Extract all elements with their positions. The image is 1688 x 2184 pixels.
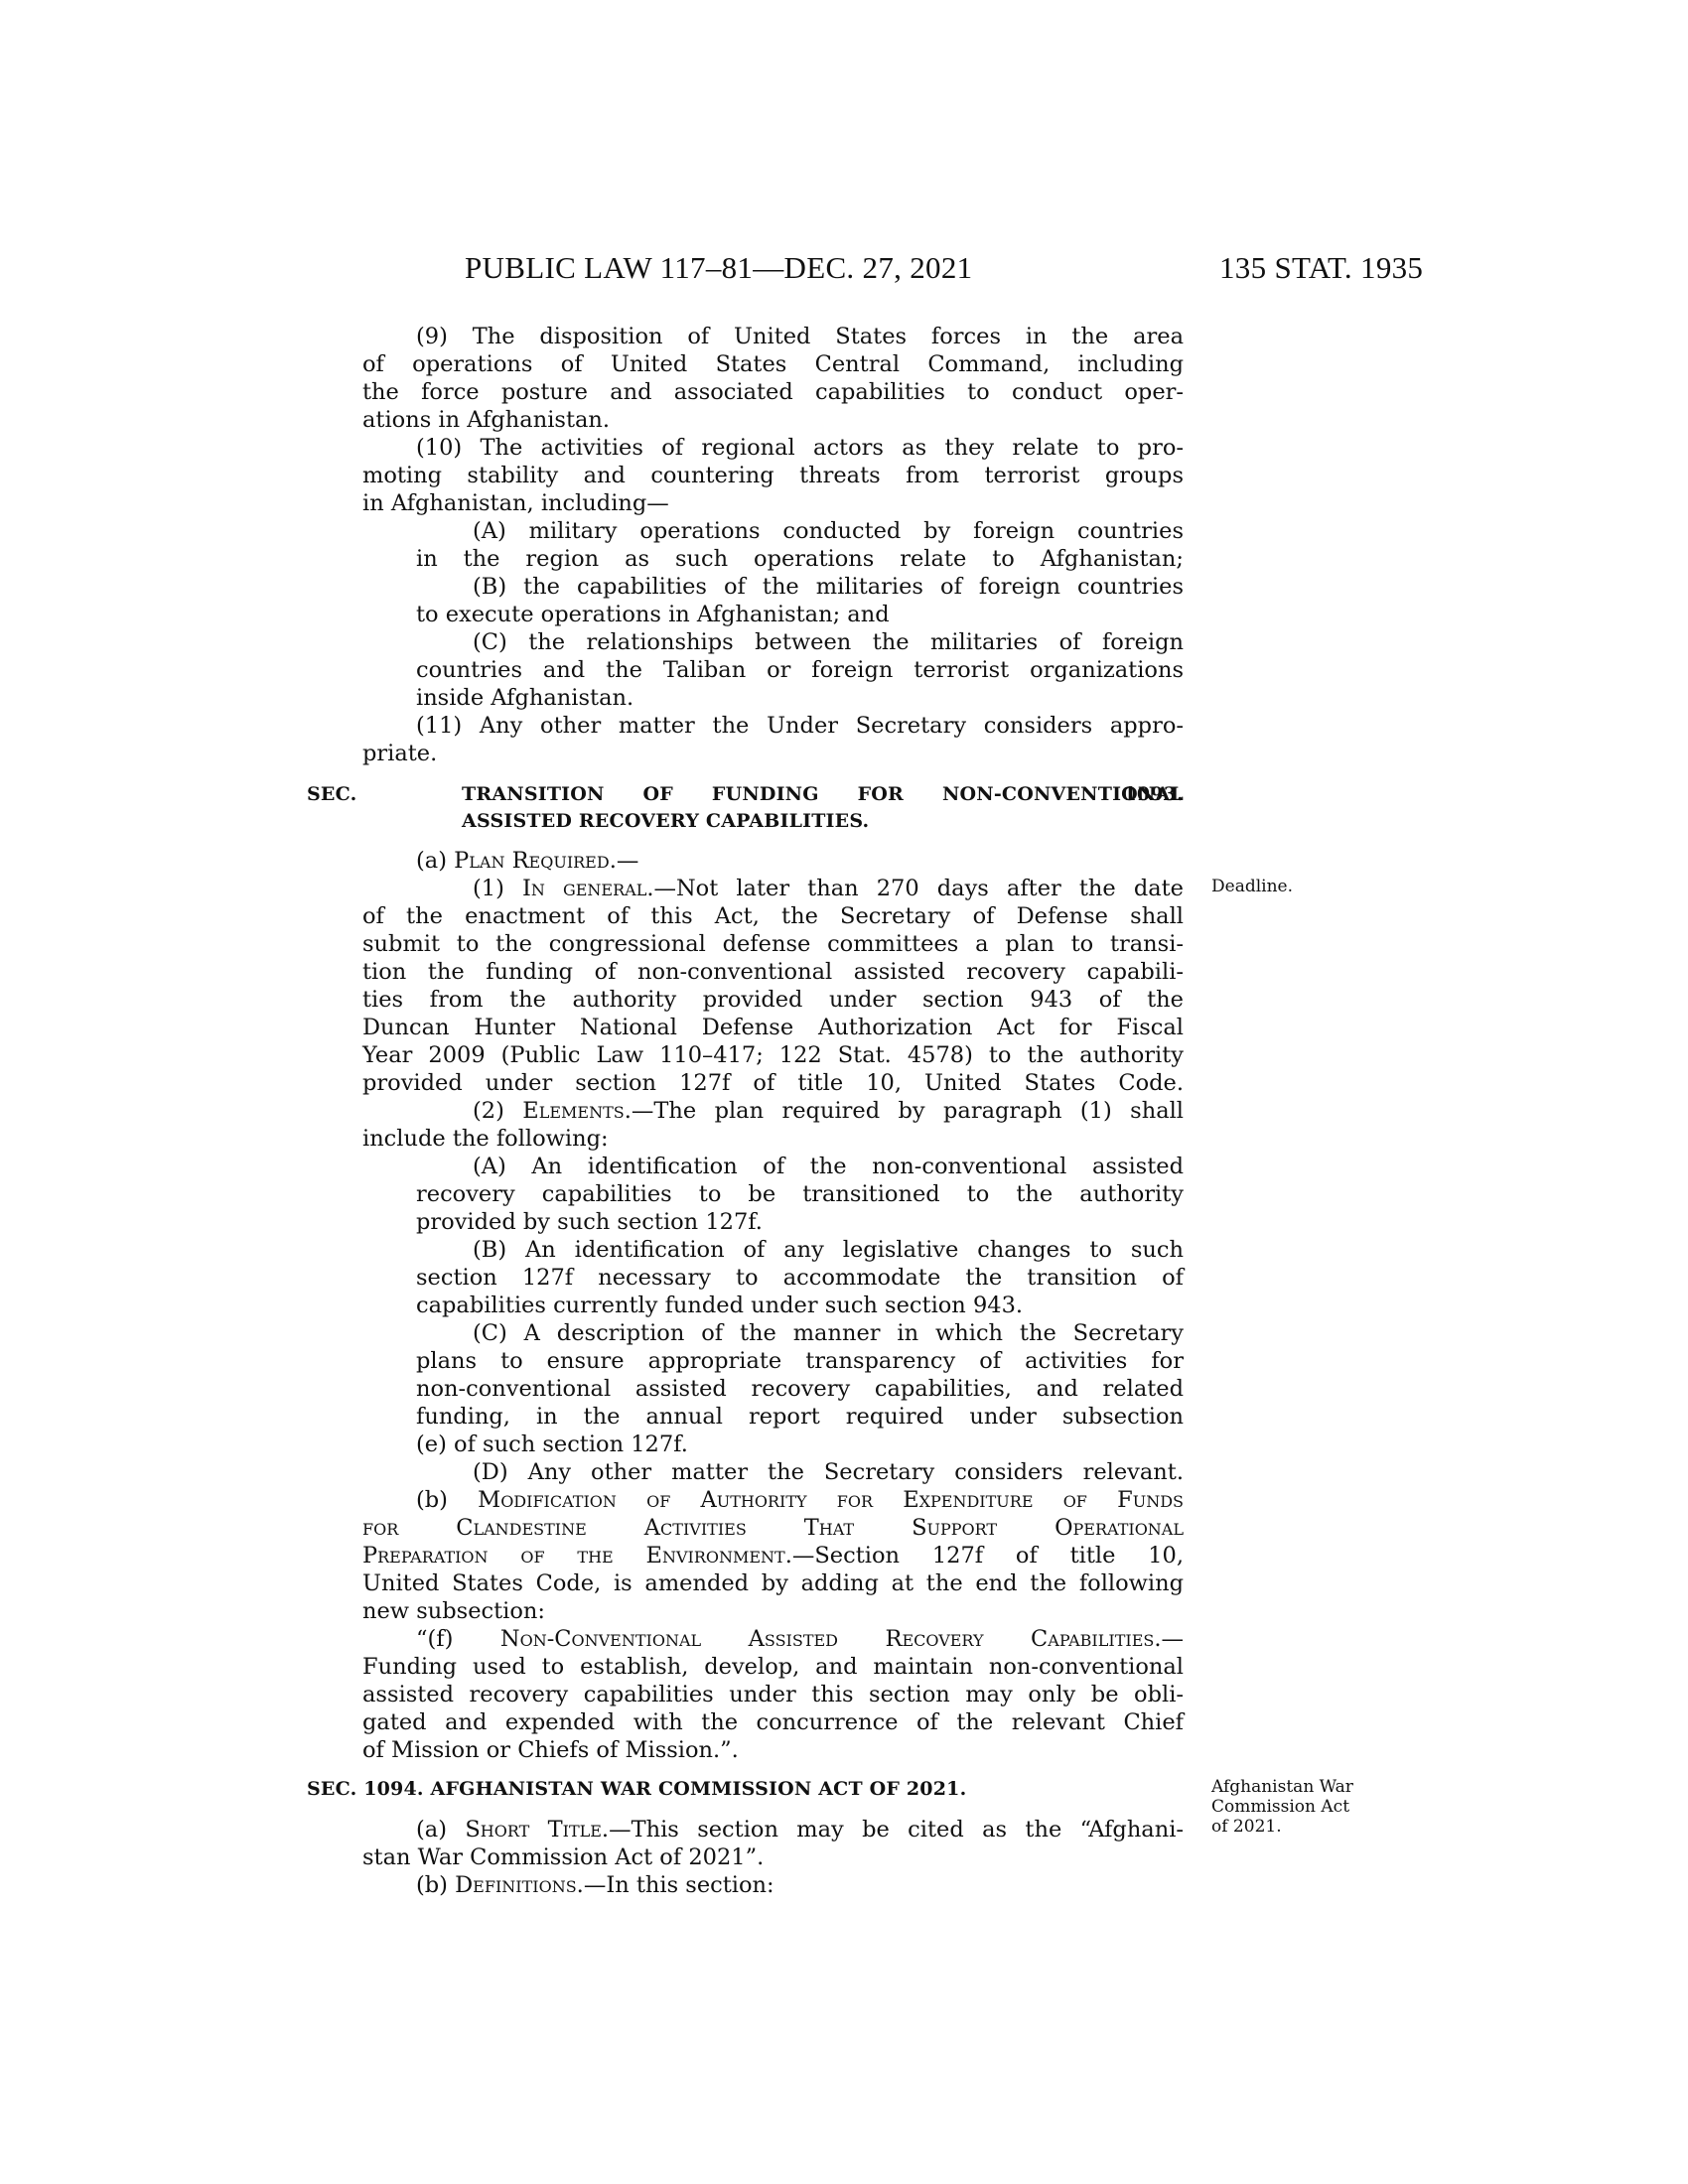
paragraph-designator: (a) [416,1817,465,1843]
text-line: capabilities currently funded under such… [416,1292,1184,1319]
line-text: priate. [362,741,437,766]
line-text: — [617,848,639,874]
text-line: in the region as such operations relate … [416,545,1184,573]
text-line: assisted recovery capabilities under thi… [362,1681,1184,1708]
line-text: section 127f necessary to accommodate th… [416,1265,1184,1291]
line-text: recovery capabilities to be transitioned… [416,1181,1184,1207]
line-text: funding, in the annual report required u… [416,1404,1184,1430]
line-text: —This section may be cited as the “Afgha… [609,1817,1184,1843]
text-line: (C) A description of the manner in which… [473,1319,1184,1347]
small-caps-heading: In general. [522,876,654,901]
line-text: (A) military operations conducted by for… [473,518,1184,544]
text-line: Preparation of the Environment.—Section … [362,1542,1184,1570]
text-line: the force posture and associated capabil… [362,378,1184,406]
line-text: — [1161,1626,1184,1652]
line-text: moting stability and countering threats … [362,463,1184,488]
line-text: (B) An identification of any legislative… [473,1237,1184,1263]
text-line: non-conventional assisted recovery capab… [416,1375,1184,1403]
text-line: (A) An identification of the non-convent… [473,1153,1184,1180]
line-text: (A) An identification of the non-convent… [473,1154,1184,1179]
line-text: plans to ensure appropriate transparency… [416,1348,1184,1374]
line-text: provided by such section 127f. [416,1209,763,1235]
line-text: countries and the Taliban or foreign ter… [416,657,1184,683]
text-line: provided by such section 127f. [416,1208,1184,1236]
line-text: of operations of United States Central C… [362,351,1184,377]
line-text: ties from the authority provided under s… [362,987,1184,1013]
section-1093-title-line-2: ASSISTED RECOVERY CAPABILITIES. [462,807,1184,835]
line-text: submit to the congressional defense comm… [362,931,1184,957]
text-line: stan War Commission Act of 2021”. [362,1843,1184,1871]
line-text: (C) the relationships between the milita… [473,629,1184,655]
paragraph-designator: (2) [473,1098,522,1124]
line-text: capabilities currently funded under such… [416,1293,1023,1318]
line-text: inside Afghanistan. [416,685,633,711]
small-caps-heading: Modification of Authority for Expenditur… [478,1487,1184,1513]
line-text: assisted recovery capabilities under thi… [362,1682,1184,1707]
line-text: ations in Afghanistan. [362,407,610,433]
text-line: (b) Modification of Authority for Expend… [416,1486,1184,1514]
text-line: countries and the Taliban or foreign ter… [416,656,1184,684]
text-line: in Afghanistan, including— [362,489,1184,517]
running-header-page-citation: 135 STAT. 1935 [1219,250,1423,286]
text-line: (2) Elements.—The plan required by parag… [473,1097,1184,1125]
text-line: include the following: [362,1125,1184,1153]
text-line: (B) the capabilities of the militaries o… [473,573,1184,601]
line-text: —Not later than 270 days after the date [653,876,1184,901]
line-text: Duncan Hunter National Defense Authoriza… [362,1015,1184,1040]
line-text: (e) of such section 127f. [416,1432,688,1457]
line-text: United States Code, is amended by adding… [362,1570,1184,1596]
statute-page: PUBLIC LAW 117–81—DEC. 27, 2021 135 STAT… [0,0,1688,2184]
paragraph-designator: “(f) [416,1626,500,1652]
text-line: (a) Plan Required.— [416,847,1184,875]
paragraph-designator: (b) [416,1872,455,1898]
text-line: ations in Afghanistan. [362,406,1184,434]
line-text: Year 2009 (Public Law 110–417; 122 Stat.… [362,1042,1184,1068]
line-text: of the enactment of this Act, the Secret… [362,903,1184,929]
line-text: new subsection: [362,1598,545,1624]
text-line: Year 2009 (Public Law 110–417; 122 Stat.… [362,1041,1184,1069]
text-line: of operations of United States Central C… [362,350,1184,378]
line-text: the force posture and associated capabil… [362,379,1184,405]
text-line: of the enactment of this Act, the Secret… [362,902,1184,930]
line-text: Funding used to establish, develop, and … [362,1654,1184,1680]
text-line: to execute operations in Afghanistan; an… [416,601,1184,628]
text-line: (B) An identification of any legislative… [473,1236,1184,1264]
text-line: (1) In general.—Not later than 270 days … [473,875,1184,902]
text-line: section 127f necessary to accommodate th… [416,1264,1184,1292]
running-header-title: PUBLIC LAW 117–81—DEC. 27, 2021 [465,250,972,286]
small-caps-heading: for Clandestine Activities That Support … [362,1515,1184,1541]
text-line: of Mission or Chiefs of Mission.”. [362,1736,1184,1764]
line-text: of Mission or Chiefs of Mission.”. [362,1737,739,1763]
text-line: (D) Any other matter the Secretary consi… [473,1458,1184,1486]
line-text: to execute operations in Afghanistan; an… [416,602,890,627]
text-line: Funding used to establish, develop, and … [362,1653,1184,1681]
small-caps-heading: Non-Conventional Assisted Recovery Capab… [500,1626,1162,1652]
paragraph-designator: (a) [416,848,454,874]
text-line: tion the funding of non-conventional ass… [362,958,1184,986]
text-line: “(f) Non-Conventional Assisted Recovery … [416,1625,1184,1653]
text-line: (11) Any other matter the Under Secretar… [416,712,1184,740]
text-line: plans to ensure appropriate transparency… [416,1347,1184,1375]
line-text: (11) Any other matter the Under Secretar… [416,713,1184,739]
line-text: —The plan required by paragraph (1) shal… [632,1098,1184,1124]
text-line: United States Code, is amended by adding… [362,1570,1184,1597]
text-line: provided under section 127f of title 10,… [362,1069,1184,1097]
text-line: recovery capabilities to be transitioned… [416,1180,1184,1208]
text-line: funding, in the annual report required u… [416,1403,1184,1431]
margin-note-line: of 2021. [1211,1817,1353,1837]
text-line: (b) Definitions.—In this section: [416,1871,1184,1899]
margin-note-deadline: Deadline. [1211,877,1293,896]
text-line: (A) military operations conducted by for… [473,517,1184,545]
text-line: moting stability and countering threats … [362,462,1184,489]
paragraph-designator: (1) [473,876,522,901]
small-caps-heading: Elements. [522,1098,632,1124]
section-1093-title-line-1: TRANSITION OF FUNDING FOR NON-CONVENTION… [462,780,1184,808]
text-line: gated and expended with the concurrence … [362,1708,1184,1736]
text-line: for Clandestine Activities That Support … [362,1514,1184,1542]
line-text: include the following: [362,1126,609,1152]
text-line: Duncan Hunter National Defense Authoriza… [362,1014,1184,1041]
margin-note-afghanistan-war-commission-act: Afghanistan War Commission Act of 2021. [1211,1777,1353,1837]
line-text: in Afghanistan, including— [362,490,669,516]
line-text: gated and expended with the concurrence … [362,1709,1184,1735]
line-text: non-conventional assisted recovery capab… [416,1376,1184,1402]
small-caps-heading: Plan Required. [454,848,617,874]
margin-note-line: Afghanistan War [1211,1777,1353,1797]
small-caps-heading: Preparation of the Environment. [362,1543,792,1569]
line-text: (9) The disposition of United States for… [416,324,1184,349]
text-line: new subsection: [362,1597,1184,1625]
margin-note-line: Commission Act [1211,1797,1353,1817]
paragraph-designator: (b) [416,1487,478,1513]
line-text: —In this section: [584,1872,774,1898]
line-text: (D) Any other matter the Secretary consi… [473,1459,1184,1485]
text-line: (10) The activities of regional actors a… [416,434,1184,462]
text-line: (C) the relationships between the milita… [473,628,1184,656]
text-line: inside Afghanistan. [416,684,1184,712]
text-line: ties from the authority provided under s… [362,986,1184,1014]
text-line: (9) The disposition of United States for… [416,323,1184,350]
line-text: stan War Commission Act of 2021”. [362,1844,764,1870]
line-text: provided under section 127f of title 10,… [362,1070,1184,1096]
line-text: (C) A description of the manner in which… [473,1320,1184,1346]
line-text: (10) The activities of regional actors a… [416,435,1184,461]
small-caps-heading: Definitions. [455,1872,584,1898]
line-text: in the region as such operations relate … [416,546,1184,572]
section-1094-heading: SEC. 1094. AFGHANISTAN WAR COMMISSION AC… [307,1775,1184,1803]
line-text: —Section 127f of title 10, [792,1543,1184,1569]
text-line: priate. [362,740,1184,767]
text-line: (a) Short Title.—This section may be cit… [416,1816,1184,1843]
line-text: (B) the capabilities of the militaries o… [473,574,1184,600]
line-text: tion the funding of non-conventional ass… [362,959,1184,985]
small-caps-heading: Short Title. [465,1817,609,1843]
text-line: submit to the congressional defense comm… [362,930,1184,958]
text-line: (e) of such section 127f. [416,1431,1184,1458]
